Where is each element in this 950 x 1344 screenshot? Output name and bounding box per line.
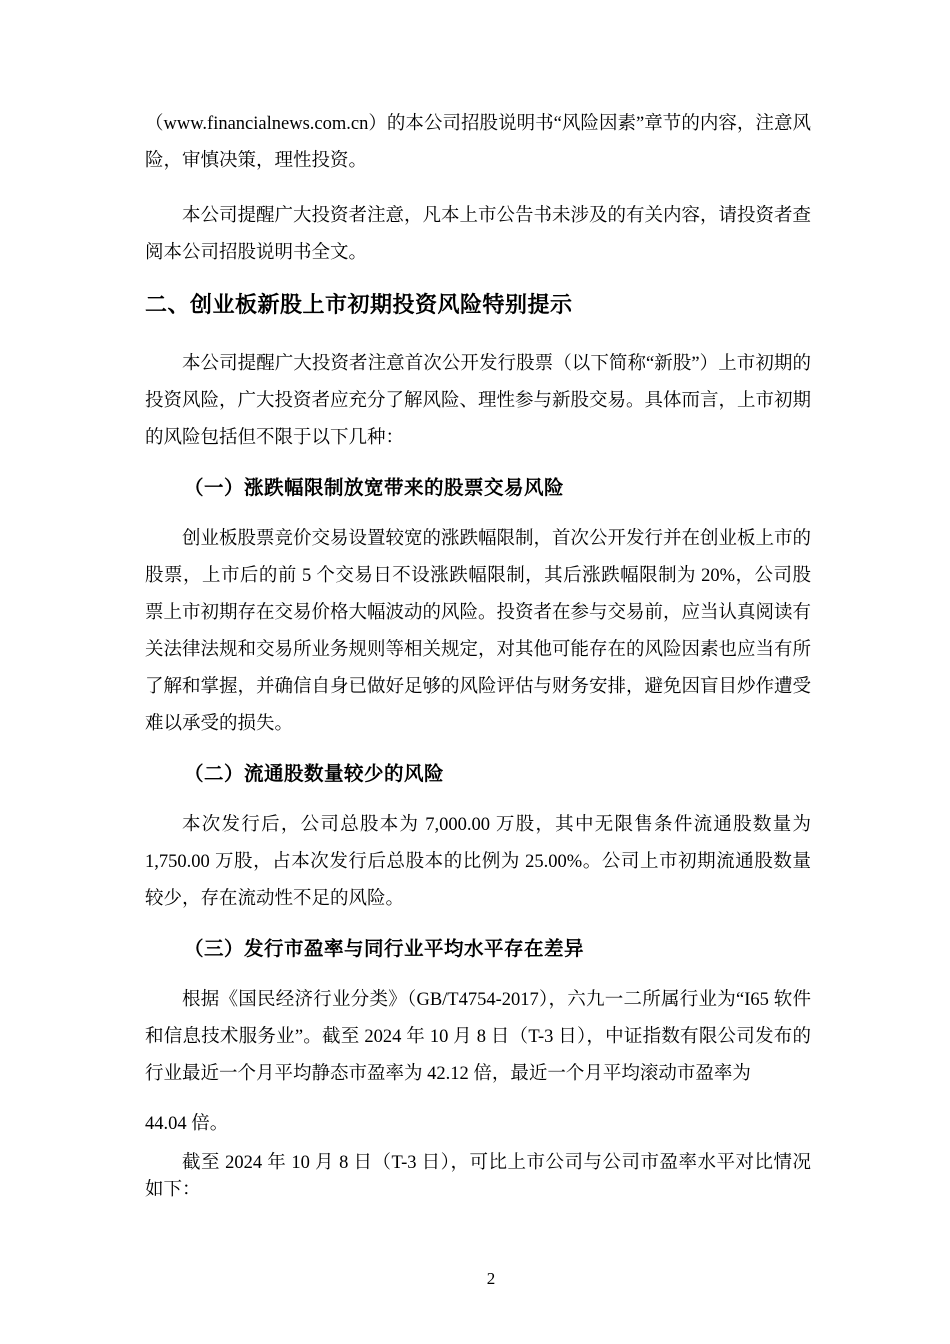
subsection-body-float-shares-risk: 本次发行后，公司总股本为 7,000.00 万股，其中无限售条件流通股数量为 1… (145, 807, 811, 918)
page-number: 2 (145, 1269, 837, 1289)
subsection-heading-pe-ratio-difference: （三）发行市盈率与同行业平均水平存在差异 (145, 936, 811, 962)
subsection-heading-price-limit-risk: （一）涨跌幅限制放宽带来的股票交易风险 (145, 475, 811, 501)
subsection-body-pe-comparison-intro: 截至 2024 年 10 月 8 日（T-3 日），可比上市公司与公司市盈率水平… (145, 1150, 811, 1204)
document-page: （www.financialnews.com.cn）的本公司招股说明书“风险因素… (0, 0, 950, 1344)
document-content: （www.financialnews.com.cn）的本公司招股说明书“风险因素… (145, 106, 811, 1216)
subsection-heading-float-shares-risk: （二）流通股数量较少的风险 (145, 761, 811, 787)
section-heading-risk-notice: 二、创业板新股上市初期投资风险特别提示 (145, 290, 811, 320)
subsection-body-price-limit-risk: 创业板股票竞价交易设置较宽的涨跌幅限制，首次公开发行并在创业板上市的股票，上市后… (145, 521, 811, 743)
intro-paragraph-reminder: 本公司提醒广大投资者注意，凡本上市公告书未涉及的有关内容，请投资者查阅本公司招股… (145, 198, 811, 272)
subsection-body-pe-ratio-part2: 44.04 倍。 (145, 1111, 811, 1138)
subsection-body-pe-ratio-part1: 根据《国民经济行业分类》（GB/T4754-2017），六九一二所属行业为“I6… (145, 982, 811, 1093)
section-lead-paragraph: 本公司提醒广大投资者注意首次公开发行股票（以下简称“新股”）上市初期的投资风险，… (145, 346, 811, 457)
intro-paragraph-continuation: （www.financialnews.com.cn）的本公司招股说明书“风险因素… (145, 106, 811, 180)
